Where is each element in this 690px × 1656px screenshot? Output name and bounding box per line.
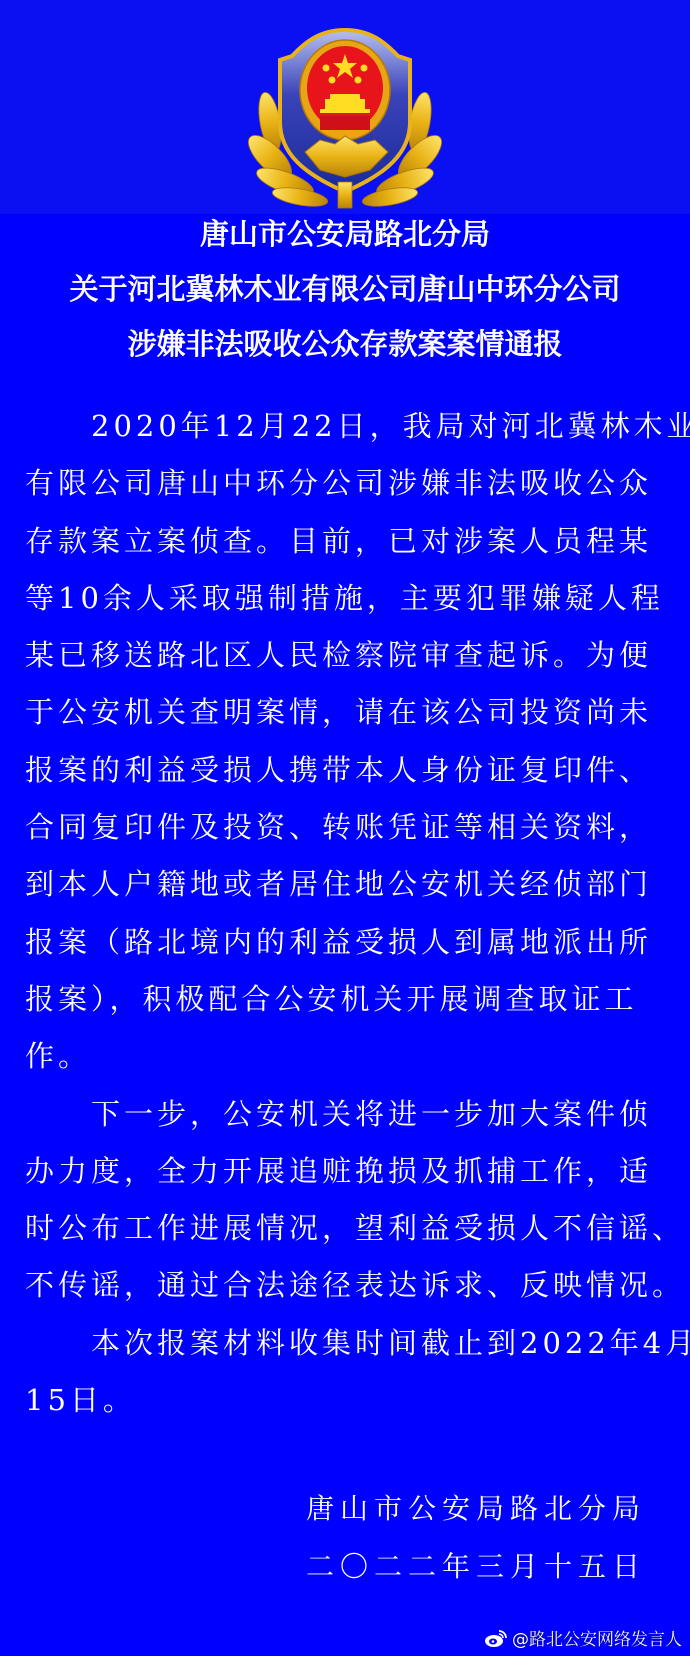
signature-organization: 唐山市公安局路北分局 <box>306 1480 646 1538</box>
notice-body: 2020年12月22日，我局对河北冀林木业 有限公司唐山中环分公司涉嫌非法吸收公… <box>25 398 665 1429</box>
body-line: 某已移送路北区人民检察院审查起诉。为便 <box>25 627 665 684</box>
body-line: 等10余人采取强制措施，主要犯罪嫌疑人程 <box>25 570 665 627</box>
watermark-handle: @路北公安网络发言人 <box>512 1625 682 1650</box>
weibo-watermark: @路北公安网络发言人 <box>484 1625 682 1650</box>
signature-date: 二〇二二年三月十五日 <box>306 1538 646 1596</box>
body-line: 到本人户籍地或者居住地公安机关经侦部门 <box>25 856 665 913</box>
title-line-company: 关于河北冀林木业有限公司唐山中环分公司 <box>0 262 690 317</box>
notice-title: 唐山市公安局路北分局 关于河北冀林木业有限公司唐山中环分公司 涉嫌非法吸收公众存… <box>0 207 690 372</box>
body-line: 15日。 <box>25 1372 665 1429</box>
body-line: 本次报案材料收集时间截止到2022年4月 <box>25 1315 665 1372</box>
body-line: 报案的利益受损人携带本人身份证复印件、 <box>25 742 665 799</box>
body-line: 2020年12月22日，我局对河北冀林木业 <box>25 398 665 455</box>
title-line-subject: 涉嫌非法吸收公众存款案案情通报 <box>0 317 690 372</box>
body-line: 下一步，公安机关将进一步加大案件侦 <box>25 1086 665 1143</box>
title-line-issuer: 唐山市公安局路北分局 <box>0 207 690 262</box>
body-line: 合同复印件及投资、转账凭证等相关资料， <box>25 799 665 856</box>
body-line: 办力度，全力开展追赃挽损及抓捕工作，适 <box>25 1143 665 1200</box>
police-emblem-icon <box>240 12 450 212</box>
body-line: 存款案立案侦查。目前，已对涉案人员程某 <box>25 513 665 570</box>
body-line: 作。 <box>25 1028 665 1085</box>
body-line: 不传谣，通过合法途径表达诉求、反映情况。 <box>25 1257 665 1314</box>
body-line: 于公安机关查明案情，请在该公司投资尚未 <box>25 684 665 741</box>
signature-block: 唐山市公安局路北分局 二〇二二年三月十五日 <box>306 1480 646 1596</box>
body-line: 报案），积极配合公安机关开展调查取证工 <box>25 971 665 1028</box>
body-line: 有限公司唐山中环分公司涉嫌非法吸收公众 <box>25 455 665 512</box>
body-line: 时公布工作进展情况，望利益受损人不信谣、 <box>25 1200 665 1257</box>
body-line: 报案（路北境内的利益受损人到属地派出所 <box>25 914 665 971</box>
weibo-icon <box>484 1628 508 1648</box>
